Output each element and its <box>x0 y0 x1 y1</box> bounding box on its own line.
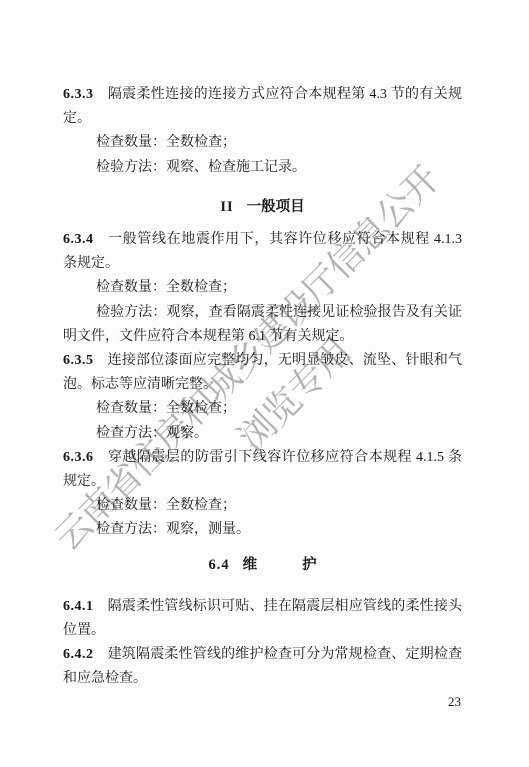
clause-6.3.3: 6.3.3隔震柔性连接的连接方式应符合本规程第 4.3 节的有关规定。 <box>63 83 462 131</box>
heading-word-1: 维 <box>243 557 258 573</box>
heading-maintenance: 6.4维护 <box>63 553 462 577</box>
clause-6.3.4: 6.3.4一般管线在地震作用下，其容许位移应符合本规程 4.1.3 条规定。 <box>63 228 462 276</box>
clause-6.3.6-check-method: 检查方法：观察，测量。 <box>63 518 462 542</box>
clause-number: 6.4.1 <box>63 599 94 614</box>
clause-number: 6.3.4 <box>63 232 94 247</box>
clause-text: 一般管线在地震作用下，其容许位移应符合本规程 4.1.3 条规定。 <box>63 232 462 271</box>
clause-6.4.2: 6.4.2建筑隔震柔性管线的维护检查可分为常规检查、定期检查和应急检查。 <box>63 643 462 691</box>
clause-6.3.5: 6.3.5连接部位漆面应完整均匀，无明显皱皮、流坠、针眼和气泡。标志等应清晰完整… <box>63 349 462 397</box>
document-page: 云南省住房和城乡建设厅信息公开 浏览专用 6.3.3隔震柔性连接的连接方式应符合… <box>0 0 529 767</box>
clause-6.3.5-check-method: 检查方法：观察。 <box>63 422 462 446</box>
clause-6.3.6: 6.3.6穿越隔震层的防雷引下线容许位移应符合本规程 4.1.5 条规定。 <box>63 446 462 494</box>
clause-6.3.4-check-method: 检验方法：观察，查看隔震柔性连接见证检验报告及有关证明文件，文件应符合本规程第 … <box>63 301 462 349</box>
clause-text: 连接部位漆面应完整均匀，无明显皱皮、流坠、针眼和气泡。标志等应清晰完整。 <box>63 353 462 392</box>
clause-number: 6.3.3 <box>63 87 94 102</box>
clause-6.4.1: 6.4.1隔震柔性管线标识可贴、挂在隔震层相应管线的柔性接头位置。 <box>63 595 462 643</box>
clause-6.3.4-check-quantity: 检查数量：全数检查； <box>63 276 462 300</box>
clause-6.3.6-check-quantity: 检查数量：全数检查； <box>63 494 462 518</box>
heading-general-items: II一般项目 <box>63 195 462 219</box>
page-body: 6.3.3隔震柔性连接的连接方式应符合本规程第 4.3 节的有关规定。 检查数量… <box>63 83 462 692</box>
clause-number: 6.3.5 <box>63 353 94 368</box>
heading-number: 6.4 <box>208 557 229 573</box>
clause-text: 隔震柔性管线标识可贴、挂在隔震层相应管线的柔性接头位置。 <box>63 599 462 638</box>
clause-text: 穿越隔震层的防雷引下线容许位移应符合本规程 4.1.5 条规定。 <box>63 450 462 489</box>
clause-6.3.5-check-quantity: 检查数量：全数检查； <box>63 397 462 421</box>
clause-6.3.3-check-method: 检验方法：观察、检查施工记录。 <box>63 156 462 180</box>
clause-text: 建筑隔震柔性管线的维护检查可分为常规检查、定期检查和应急检查。 <box>63 647 462 686</box>
clause-number: 6.4.2 <box>63 647 94 662</box>
clause-text: 隔震柔性连接的连接方式应符合本规程第 4.3 节的有关规定。 <box>63 87 462 126</box>
clause-6.3.3-check-quantity: 检查数量：全数检查； <box>63 131 462 155</box>
clause-number: 6.3.6 <box>63 450 94 465</box>
heading-word-2: 护 <box>302 557 317 573</box>
heading-numeral: II <box>220 199 233 215</box>
page-number: 23 <box>448 694 461 710</box>
heading-title: 一般项目 <box>247 199 305 215</box>
